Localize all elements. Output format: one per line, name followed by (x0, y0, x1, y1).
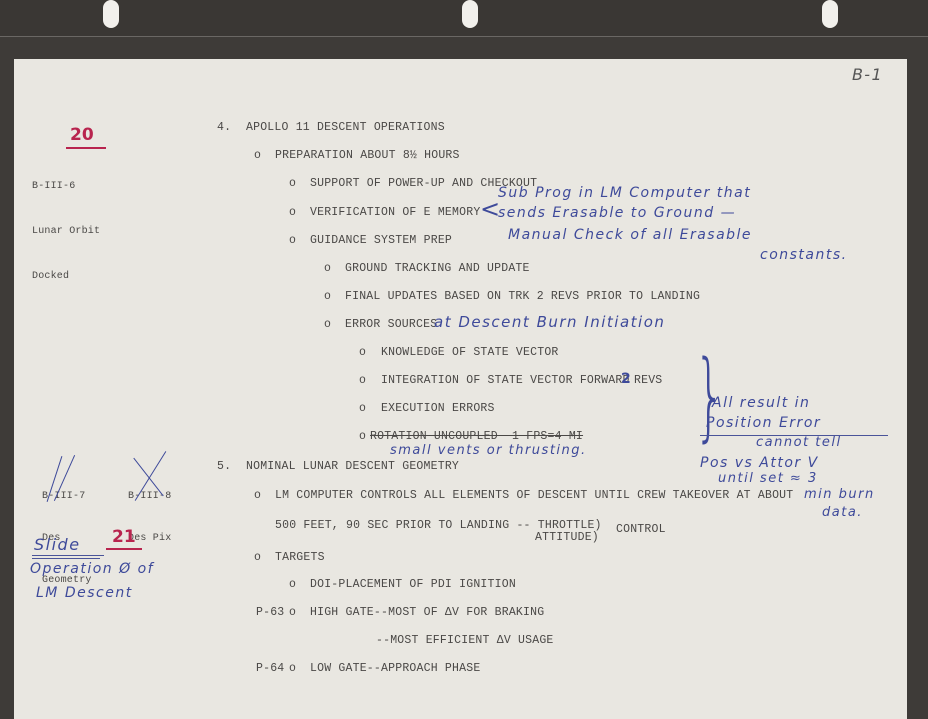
handwritten-brace-note-6: min burn (804, 487, 875, 502)
handwritten-brace-note-1: All result in (712, 395, 810, 411)
bullet: o (289, 606, 296, 619)
bullet: o (324, 290, 331, 303)
handwritten-struck-replacement: small vents or thrusting. (390, 443, 587, 458)
bullet: o (289, 206, 296, 219)
handwritten-brace-note-4: Pos vs Attor V (700, 455, 819, 471)
handwritten-brace-note-2: Position Error (706, 415, 821, 431)
document-page: B-1 20 B-III-6 Lunar Orbit Docked 4. APO… (14, 59, 907, 719)
handwritten-error-sources-note: at Descent Burn Initiation (434, 313, 665, 331)
bullet: o (359, 374, 366, 387)
bullet: o (254, 149, 261, 162)
item-low-gate: LOW GATE--APPROACH PHASE (310, 662, 480, 675)
bullet: o (324, 318, 331, 331)
handwritten-slide-label: Slide (34, 535, 81, 554)
item-final-updates: FINAL UPDATES BASED ON TRK 2 REVS PRIOR … (345, 290, 700, 303)
margin-ref-b-iii-6: B-III-6 Lunar Orbit Docked (32, 149, 100, 314)
binder-hole (103, 0, 119, 28)
item-error-sources: ERROR SOURCES (345, 318, 437, 331)
slide-number-20: 20 (70, 125, 94, 145)
handwritten-memory-note-1: Sub Prog in LM Computer that (498, 185, 751, 201)
item-rotation-uncoupled-struck: ROTATION UNCOUPLED 1 FPS=4 MI (370, 430, 583, 443)
item-attitude: ATTITUDE) (535, 531, 599, 544)
item-knowledge-state-vector: KNOWLEDGE OF STATE VECTOR (381, 346, 559, 359)
bullet: o (289, 234, 296, 247)
item-verification-e-memory: VERIFICATION OF E MEMORY (310, 206, 480, 219)
item-revs-suffix: REVS (634, 374, 662, 387)
item-targets: TARGETS (275, 551, 325, 564)
binder-hole (822, 0, 838, 28)
bullet: o (289, 177, 296, 190)
section-5-title: NOMINAL LUNAR DESCENT GEOMETRY (246, 460, 459, 473)
handwritten-slide-caption-2: LM Descent (36, 585, 133, 601)
binder-strip (0, 0, 928, 37)
item-control: CONTROL (616, 523, 666, 536)
bullet: o (289, 662, 296, 675)
program-p64: P-64 (256, 662, 284, 675)
handwritten-brace-note-5: until set ≈ 3 (718, 471, 818, 486)
bullet: o (359, 346, 366, 359)
binder-hole (462, 0, 478, 28)
handwritten-brace-note-3: cannot tell (756, 435, 842, 450)
item-integration-state-vector: INTEGRATION OF STATE VECTOR FORWARD (381, 374, 630, 387)
bullet: o (254, 489, 261, 502)
slide-number-21-underline (106, 548, 142, 550)
handwritten-revs-insert: 2 (621, 371, 632, 387)
slide-number-21: 21 (112, 527, 136, 547)
item-ground-tracking: GROUND TRACKING AND UPDATE (345, 262, 530, 275)
item-high-gate: HIGH GATE--MOST OF ΔV FOR BRAKING (310, 606, 544, 619)
bullet: o (289, 578, 296, 591)
section-4-title: APOLLO 11 DESCENT OPERATIONS (246, 121, 445, 134)
handwritten-memory-note-3: Manual Check of all Erasable (508, 227, 752, 243)
bullet: o (254, 551, 261, 564)
item-execution-errors: EXECUTION ERRORS (381, 402, 495, 415)
section-4-number: 4. (217, 121, 231, 134)
handwritten-memory-note-4: constants. (760, 247, 848, 263)
handwritten-memory-note-2: sends Erasable to Ground — (498, 205, 736, 221)
slide-label-underline (32, 558, 100, 559)
section-5-number: 5. (217, 460, 231, 473)
program-p63: P-63 (256, 606, 284, 619)
bullet: o (359, 430, 366, 443)
handwritten-brace-note-7: data. (822, 505, 863, 520)
page-label: B-1 (852, 65, 883, 84)
item-lm-computer-controls: LM COMPUTER CONTROLS ALL ELEMENTS OF DES… (275, 489, 793, 502)
slide-label-underline (32, 555, 104, 556)
bullet: o (324, 262, 331, 275)
item-most-efficient: --MOST EFFICIENT ΔV USAGE (376, 634, 554, 647)
handwritten-slide-caption-1: Operation Ø of (30, 561, 154, 577)
item-preparation: PREPARATION ABOUT 8½ HOURS (275, 149, 460, 162)
item-doi-placement: DOI-PLACEMENT OF PDI IGNITION (310, 578, 516, 591)
bullet: o (359, 402, 366, 415)
item-guidance-system-prep: GUIDANCE SYSTEM PREP (310, 234, 452, 247)
